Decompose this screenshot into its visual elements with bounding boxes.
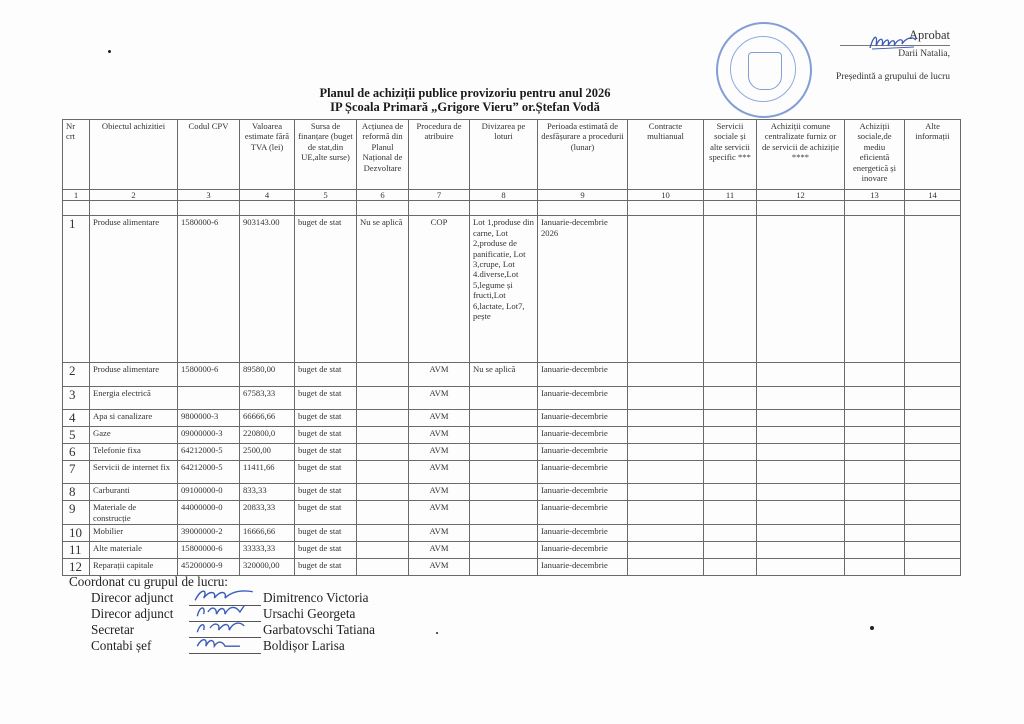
- cell-achizitii-comune: [757, 542, 845, 559]
- cell-obiect: Gaze: [90, 427, 178, 444]
- signatory-role: Direcor adjunct: [91, 606, 189, 622]
- cell-cpv: 9800000-3: [178, 410, 240, 427]
- cell-achizitii-comune: [757, 461, 845, 484]
- cell-procedura: AVM: [409, 461, 470, 484]
- cell-multianual: [628, 484, 704, 501]
- cell-sursa: buget de stat: [295, 484, 357, 501]
- cell-actiune: [357, 542, 409, 559]
- cell-multianual: [628, 559, 704, 576]
- cell-achizitii-sociale: [845, 501, 905, 525]
- col-header-sursa: Sursa de finanțare (buget de stat,din UE…: [295, 120, 357, 190]
- cell-procedura: AVM: [409, 387, 470, 410]
- cell-servicii-sociale: [704, 363, 757, 387]
- cell-actiune: [357, 427, 409, 444]
- cell-achizitii-comune: [757, 444, 845, 461]
- title-line-2: IP Școala Primară „Grigore Vieru” or.Ște…: [250, 100, 680, 114]
- cell-achizitii-sociale: [845, 461, 905, 484]
- cell-obiect: Energia electrică: [90, 387, 178, 410]
- cell-achizitii-sociale: [845, 525, 905, 542]
- cell-alte-informatii: [905, 387, 961, 410]
- cell-achizitii-sociale: [845, 216, 905, 363]
- cell-achizitii-comune: [757, 484, 845, 501]
- cell-actiune: [357, 410, 409, 427]
- official-stamp: [716, 22, 812, 118]
- cell-perioada: Ianuarie-decembrie 2026: [538, 216, 628, 363]
- column-number: 10: [628, 190, 704, 201]
- cell-servicii-sociale: [704, 444, 757, 461]
- cell-cpv: 1580000-6: [178, 216, 240, 363]
- cell-obiect: Produse alimentare: [90, 216, 178, 363]
- row-number: 2: [63, 363, 90, 387]
- signatory-role: Secretar: [91, 622, 189, 638]
- cell-valoare: 16666,66: [240, 525, 295, 542]
- table-row: 6Telefonie fixa64212000-52500,00buget de…: [63, 444, 961, 461]
- header-row: Nr crt Obiectul achizitiei Codul CPV Val…: [63, 120, 961, 190]
- coat-of-arms-icon: [748, 52, 782, 90]
- cell-achizitii-sociale: [845, 387, 905, 410]
- col-header-servicii-sociale: Servicii sociale și alte servicii specif…: [704, 120, 757, 190]
- cell-procedura: AVM: [409, 410, 470, 427]
- col-header-procedura: Procedura de atribuire: [409, 120, 470, 190]
- cell-loturi: [470, 501, 538, 525]
- cell-valoare: 2500,00: [240, 444, 295, 461]
- signatory-role: Contabi șef: [91, 638, 189, 654]
- cell-loturi: [470, 387, 538, 410]
- col-header-loturi: Divizarea pe loturi: [470, 120, 538, 190]
- cell-obiect: Carburanti: [90, 484, 178, 501]
- cell-sursa: buget de stat: [295, 387, 357, 410]
- cell-valoare: 903143.00: [240, 216, 295, 363]
- cell-loturi: [470, 444, 538, 461]
- cell-obiect: Alte materiale: [90, 542, 178, 559]
- col-header-valoare: Valoarea estimate fără TVA (lei): [240, 120, 295, 190]
- cell-alte-informatii: [905, 410, 961, 427]
- row-number: 9: [63, 501, 90, 525]
- column-number: 3: [178, 190, 240, 201]
- col-header-cpv: Codul CPV: [178, 120, 240, 190]
- cell-perioada: Ianuarie-decembrie: [538, 559, 628, 576]
- cell-servicii-sociale: [704, 559, 757, 576]
- column-number: 6: [357, 190, 409, 201]
- cell-obiect: Mobilier: [90, 525, 178, 542]
- cell-cpv: 44000000-0: [178, 501, 240, 525]
- table-row: 10Mobilier39000000-216666,66buget de sta…: [63, 525, 961, 542]
- row-number: 1: [63, 216, 90, 363]
- cell-sursa: buget de stat: [295, 501, 357, 525]
- cell-perioada: Ianuarie-decembrie: [538, 501, 628, 525]
- cell-multianual: [628, 427, 704, 444]
- row-number: 3: [63, 387, 90, 410]
- cell-loturi: [470, 461, 538, 484]
- approval-role: Președintă a grupului de lucru: [836, 72, 950, 82]
- cell-servicii-sociale: [704, 410, 757, 427]
- document-title: Planul de achiziții publice provizoriu p…: [250, 86, 680, 114]
- cell-servicii-sociale: [704, 461, 757, 484]
- column-number: 2: [90, 190, 178, 201]
- signatory-role: Direcor adjunct: [91, 590, 189, 606]
- cell-cpv: 39000000-2: [178, 525, 240, 542]
- cell-achizitii-sociale: [845, 427, 905, 444]
- cell-procedura: COP: [409, 216, 470, 363]
- cell-alte-informatii: [905, 542, 961, 559]
- cell-alte-informatii: [905, 525, 961, 542]
- cell-procedura: AVM: [409, 363, 470, 387]
- cell-obiect: Servicii de internet fix: [90, 461, 178, 484]
- cell-procedura: AVM: [409, 501, 470, 525]
- cell-obiect: Materiale de construcție: [90, 501, 178, 525]
- cell-alte-informatii: [905, 444, 961, 461]
- scan-speck: [108, 50, 111, 53]
- col-header-perioada: Perioada estimată de desfășurare a proce…: [538, 120, 628, 190]
- cell-alte-informatii: [905, 427, 961, 444]
- cell-alte-informatii: [905, 461, 961, 484]
- cell-cpv: 64212000-5: [178, 461, 240, 484]
- cell-achizitii-comune: [757, 216, 845, 363]
- cell-servicii-sociale: [704, 525, 757, 542]
- cell-actiune: [357, 363, 409, 387]
- cell-achizitii-comune: [757, 387, 845, 410]
- cell-perioada: Ianuarie-decembrie: [538, 363, 628, 387]
- cell-obiect: Telefonie fixa: [90, 444, 178, 461]
- row-number: 10: [63, 525, 90, 542]
- cell-procedura: AVM: [409, 444, 470, 461]
- column-number: 11: [704, 190, 757, 201]
- cell-cpv: 09100000-0: [178, 484, 240, 501]
- cell-loturi: Nu se aplică: [470, 363, 538, 387]
- cell-actiune: [357, 387, 409, 410]
- row-number: 4: [63, 410, 90, 427]
- table-row: 5Gaze09000000-3220800,0buget de statAVMI…: [63, 427, 961, 444]
- cell-multianual: [628, 461, 704, 484]
- cell-achizitii-comune: [757, 501, 845, 525]
- cell-cpv: 15800000-6: [178, 542, 240, 559]
- signatory-name: Ursachi Georgeta: [263, 606, 355, 622]
- spacer-row: [63, 201, 961, 216]
- cell-perioada: Ianuarie-decembrie: [538, 444, 628, 461]
- cell-valoare: 833,33: [240, 484, 295, 501]
- cell-actiune: [357, 501, 409, 525]
- approval-signature-icon: [868, 30, 918, 52]
- cell-multianual: [628, 363, 704, 387]
- cell-alte-informatii: [905, 501, 961, 525]
- cell-servicii-sociale: [704, 387, 757, 410]
- col-header-achizitii-comune: Achiziții comune centralizate furniz or …: [757, 120, 845, 190]
- cell-actiune: [357, 444, 409, 461]
- cell-loturi: [470, 427, 538, 444]
- cell-valoare: 33333,33: [240, 542, 295, 559]
- handwritten-signature-icon: [193, 635, 257, 653]
- cell-procedura: AVM: [409, 542, 470, 559]
- cell-actiune: [357, 484, 409, 501]
- cell-achizitii-sociale: [845, 410, 905, 427]
- cell-perioada: Ianuarie-decembrie: [538, 525, 628, 542]
- cell-obiect: Produse alimentare: [90, 363, 178, 387]
- column-number: 4: [240, 190, 295, 201]
- cell-sursa: buget de stat: [295, 427, 357, 444]
- column-number: 1: [63, 190, 90, 201]
- cell-servicii-sociale: [704, 501, 757, 525]
- cell-alte-informatii: [905, 484, 961, 501]
- signatory-name: Boldișor Larisa: [263, 638, 345, 654]
- cell-perioada: Ianuarie-decembrie: [538, 461, 628, 484]
- row-number: 5: [63, 427, 90, 444]
- table-row: 1Produse alimentare1580000-6903143.00bug…: [63, 216, 961, 363]
- scan-speck: [436, 632, 438, 634]
- coordination-block: Coordonat cu grupul de lucru: Direcor ad…: [69, 574, 375, 654]
- cell-achizitii-sociale: [845, 559, 905, 576]
- column-number: 9: [538, 190, 628, 201]
- cell-sursa: buget de stat: [295, 525, 357, 542]
- cell-sursa: buget de stat: [295, 444, 357, 461]
- cell-obiect: Apa si canalizare: [90, 410, 178, 427]
- column-number-row: 1234567891011121314: [63, 190, 961, 201]
- cell-cpv: [178, 387, 240, 410]
- cell-loturi: [470, 542, 538, 559]
- cell-alte-informatii: [905, 363, 961, 387]
- cell-sursa: buget de stat: [295, 363, 357, 387]
- cell-loturi: [470, 525, 538, 542]
- cell-sursa: buget de stat: [295, 461, 357, 484]
- cell-servicii-sociale: [704, 216, 757, 363]
- col-header-actiune: Acțiunea de reformă din Planul Național …: [357, 120, 409, 190]
- cell-sursa: buget de stat: [295, 542, 357, 559]
- cell-cpv: 09000000-3: [178, 427, 240, 444]
- cell-loturi: Lot 1,produse din carne, Lot 2,produse d…: [470, 216, 538, 363]
- column-number: 14: [905, 190, 961, 201]
- table-row: 2Produse alimentare1580000-689580,00buge…: [63, 363, 961, 387]
- cell-sursa: buget de stat: [295, 410, 357, 427]
- cell-procedura: AVM: [409, 525, 470, 542]
- column-number: 8: [470, 190, 538, 201]
- cell-cpv: 64212000-5: [178, 444, 240, 461]
- cell-perioada: Ianuarie-decembrie: [538, 427, 628, 444]
- col-header-multianual: Contracte multianual: [628, 120, 704, 190]
- row-number: 8: [63, 484, 90, 501]
- cell-cpv: 1580000-6: [178, 363, 240, 387]
- cell-achizitii-comune: [757, 559, 845, 576]
- cell-achizitii-comune: [757, 427, 845, 444]
- cell-procedura: AVM: [409, 427, 470, 444]
- column-number: 13: [845, 190, 905, 201]
- cell-alte-informatii: [905, 559, 961, 576]
- cell-multianual: [628, 525, 704, 542]
- cell-multianual: [628, 501, 704, 525]
- cell-perioada: Ianuarie-decembrie: [538, 410, 628, 427]
- cell-valoare: 89580,00: [240, 363, 295, 387]
- cell-actiune: Nu se aplică: [357, 216, 409, 363]
- col-header-alte-informatii: Alte informații: [905, 120, 961, 190]
- cell-multianual: [628, 444, 704, 461]
- table-row: 9Materiale de construcție44000000-020833…: [63, 501, 961, 525]
- column-number: 12: [757, 190, 845, 201]
- cell-valoare: 11411,66: [240, 461, 295, 484]
- signatory-name: Garbatovschi Tatiana: [263, 622, 375, 638]
- cell-valoare: 66666,66: [240, 410, 295, 427]
- cell-servicii-sociale: [704, 484, 757, 501]
- cell-procedura: AVM: [409, 484, 470, 501]
- cell-sursa: buget de stat: [295, 216, 357, 363]
- cell-actiune: [357, 525, 409, 542]
- row-number: 7: [63, 461, 90, 484]
- cell-perioada: Ianuarie-decembrie: [538, 387, 628, 410]
- table-row: 7Servicii de internet fix64212000-511411…: [63, 461, 961, 484]
- col-header-achizitii-sociale: Achiziții sociale,de mediu eficientă ene…: [845, 120, 905, 190]
- row-number: 6: [63, 444, 90, 461]
- table-row: 8Carburanti09100000-0833,33buget de stat…: [63, 484, 961, 501]
- cell-multianual: [628, 387, 704, 410]
- signatory-name: Dimitrenco Victoria: [263, 590, 369, 606]
- cell-servicii-sociale: [704, 542, 757, 559]
- signatory-row: Contabi șefBoldișor Larisa: [69, 638, 375, 654]
- table-row: 3Energia electrică67583,33buget de statA…: [63, 387, 961, 410]
- cell-perioada: Ianuarie-decembrie: [538, 484, 628, 501]
- cell-valoare: 220800,0: [240, 427, 295, 444]
- col-header-obiect: Obiectul achizitiei: [90, 120, 178, 190]
- procurement-plan-table: Nr crt Obiectul achizitiei Codul CPV Val…: [62, 119, 961, 576]
- scan-speck: [870, 626, 874, 630]
- cell-achizitii-sociale: [845, 542, 905, 559]
- cell-achizitii-comune: [757, 410, 845, 427]
- cell-valoare: 20833,33: [240, 501, 295, 525]
- table-row: 4Apa si canalizare9800000-366666,66buget…: [63, 410, 961, 427]
- table-row: 11Alte materiale15800000-633333,33buget …: [63, 542, 961, 559]
- cell-achizitii-comune: [757, 363, 845, 387]
- col-header-nr: Nr crt: [63, 120, 90, 190]
- cell-achizitii-sociale: [845, 444, 905, 461]
- title-line-1: Planul de achiziții publice provizoriu p…: [250, 86, 680, 100]
- cell-achizitii-sociale: [845, 484, 905, 501]
- table-body: 1Produse alimentare1580000-6903143.00bug…: [63, 216, 961, 576]
- cell-procedura: AVM: [409, 559, 470, 576]
- cell-multianual: [628, 410, 704, 427]
- cell-loturi: [470, 559, 538, 576]
- cell-multianual: [628, 216, 704, 363]
- cell-achizitii-comune: [757, 525, 845, 542]
- cell-loturi: [470, 410, 538, 427]
- cell-servicii-sociale: [704, 427, 757, 444]
- cell-multianual: [628, 542, 704, 559]
- cell-achizitii-sociale: [845, 363, 905, 387]
- row-number: 11: [63, 542, 90, 559]
- signature-line: [189, 640, 261, 654]
- cell-perioada: Ianuarie-decembrie: [538, 542, 628, 559]
- cell-alte-informatii: [905, 216, 961, 363]
- column-number: 7: [409, 190, 470, 201]
- cell-actiune: [357, 461, 409, 484]
- cell-loturi: [470, 484, 538, 501]
- column-number: 5: [295, 190, 357, 201]
- cell-valoare: 67583,33: [240, 387, 295, 410]
